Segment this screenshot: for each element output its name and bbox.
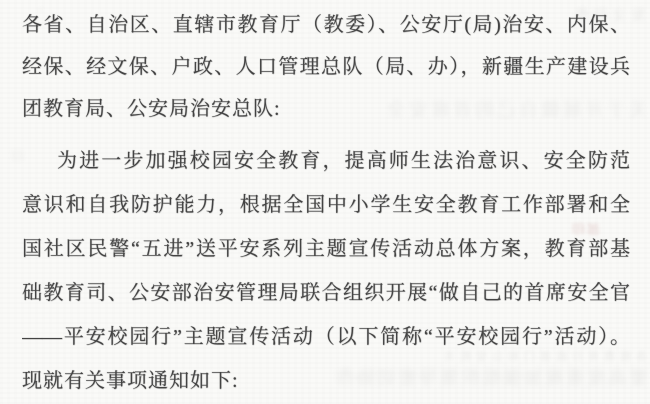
body-line-3: 国社区民警“五进”送平安系列主题宣传活动总体方案，教育部基 bbox=[22, 227, 630, 271]
salutation-line-2: 经保、经文保、户政、人口管理总队（局、办），新疆生产建设兵 bbox=[22, 46, 630, 88]
document-page: 各省、自治区、直辖市教育厅（教委）、公安厅(局)治安、内保、 经保、经文保、户政… bbox=[0, 0, 650, 404]
body-line-6: 现就有关事项通知如下: bbox=[22, 359, 630, 403]
salutation-line-1: 各省、自治区、直辖市教育厅（教委）、公安厅(局)治安、内保、 bbox=[22, 4, 630, 46]
bleedthrough-mark-left-smudge: 印 bbox=[0, 146, 24, 164]
salutation-line-3: 团教育局、公安局治安总队: bbox=[22, 88, 630, 130]
body-line-5: ——平安校园行”主题宣传活动（以下简称“平安校园行”活动）。 bbox=[22, 315, 630, 359]
body-line-2: 意识和自我防护能力，根据全国中小学生安全教育工作部署和全 bbox=[22, 183, 630, 227]
salutation-paragraph: 各省、自治区、直辖市教育厅（教委）、公安厅(局)治安、内保、 经保、经文保、户政… bbox=[22, 4, 630, 130]
document-content: 各省、自治区、直辖市教育厅（教委）、公安厅(局)治安、内保、 经保、经文保、户政… bbox=[22, 4, 630, 403]
body-line-1: 为进一步加强校园安全教育，提高师生法治意识、安全防范 bbox=[22, 139, 630, 183]
body-paragraph: 为进一步加强校园安全教育，提高师生法治意识、安全防范 意识和自我防护能力，根据全… bbox=[22, 139, 630, 403]
body-line-4: 础教育司、公安部治安管理局联合组织开展“做自己的首席安全官 bbox=[22, 271, 630, 315]
